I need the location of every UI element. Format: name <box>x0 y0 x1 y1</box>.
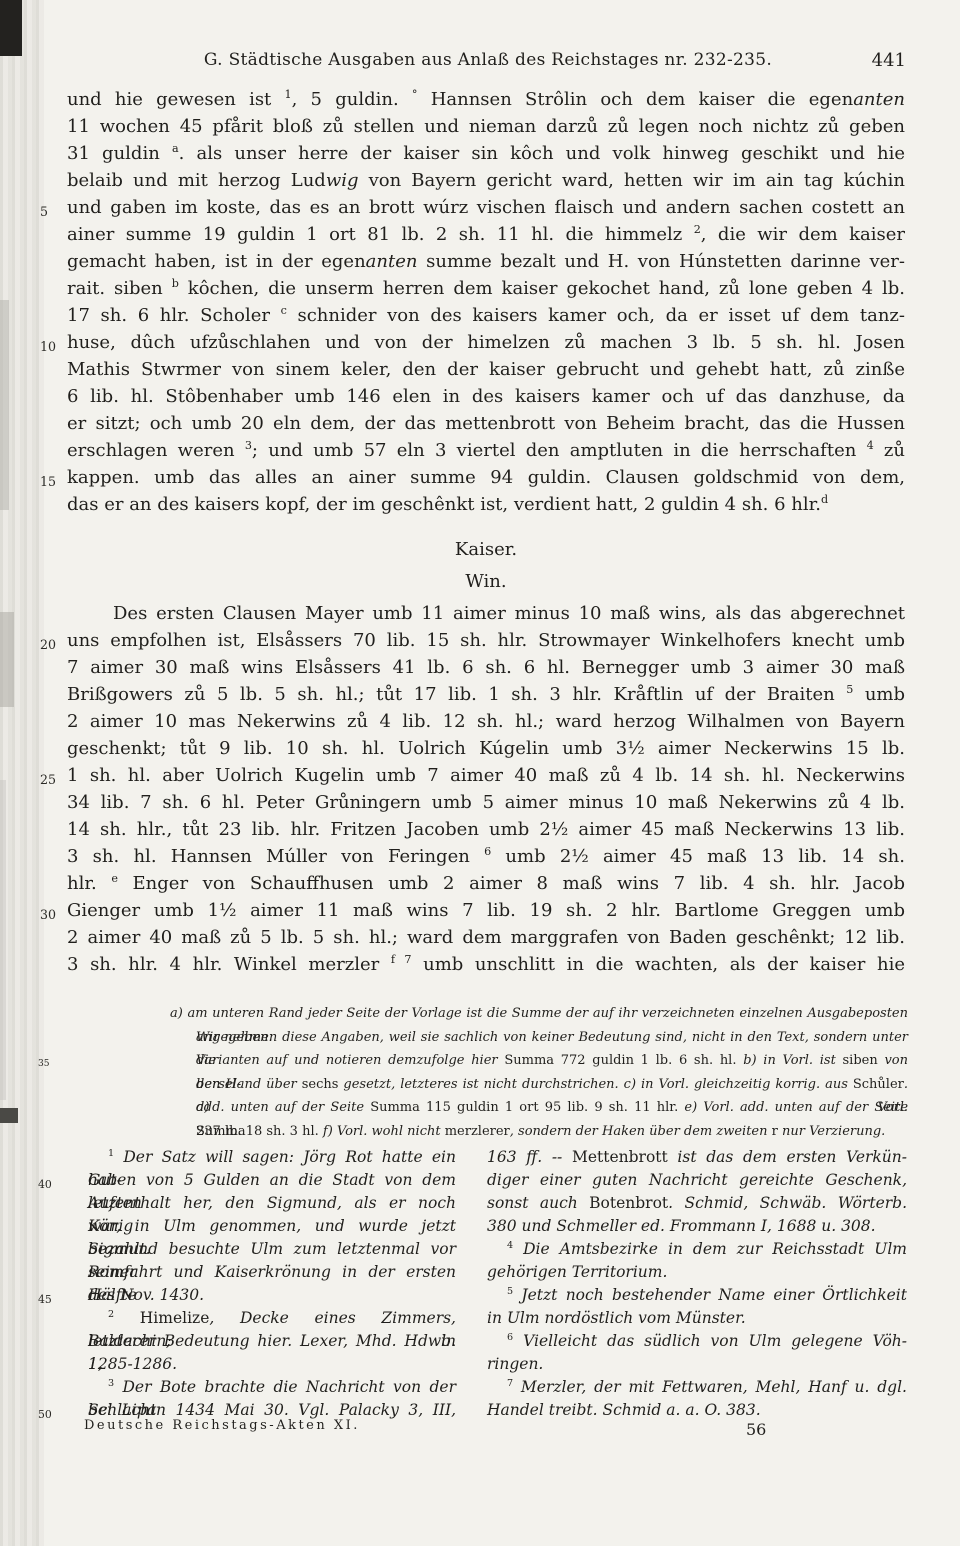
scan-dark-corner <box>0 0 22 56</box>
line-text: 6 Vielleicht das südlich von Ulm gelegen… <box>507 1332 907 1350</box>
footnotes-right-column: 163 ff. -- Mettenbrott ist das dem erste… <box>487 1146 907 1422</box>
line-text: bei Lipan 1434 Mai 30. Vgl. Palacky 3, I… <box>88 1401 456 1419</box>
line-text: gehörigen Territorium. <box>487 1263 667 1281</box>
text-line: 10huse, dûch ufzůschlahen und von der hi… <box>67 329 905 356</box>
text-line: 34 lib. 7 sh. 6 hl. Peter Grůningern umb… <box>67 789 905 816</box>
volume-signature: Deutsche Reichstags-Akten XI. <box>84 1418 360 1433</box>
text-line: geschenkt; tůt 9 lib. 10 sh. hl. Uolrich… <box>67 735 905 762</box>
line-text: belaib und mit herzog Ludwig von Bayern … <box>67 170 905 191</box>
line-text: 3 sh. hlr. 4 hlr. Winkel merzler f 7 umb… <box>67 954 905 975</box>
line-text: 31 guldin a. als unser herre der kaiser … <box>67 143 905 164</box>
text-line: diger einer guten Nachricht gereichte Ge… <box>487 1169 907 1192</box>
line-text: rait. siben b kôchen, die unserm herren … <box>67 278 905 299</box>
text-line: 30Gienger umb 1½ aimer 11 maß wins 7 lib… <box>67 897 905 924</box>
line-text: Brißgowers zů 5 lb. 5 sh. hl.; tůt 17 li… <box>67 684 905 705</box>
text-line: 31 guldin a. als unser herre der kaiser … <box>67 140 905 167</box>
text-line: 3 Der Bote brachte die Nachricht von der… <box>88 1376 456 1399</box>
line-text: des Nov. 1430. <box>88 1286 204 1304</box>
line-text: 380 und Schmeller ed. Frommann I, 1688 u… <box>487 1217 876 1235</box>
line-text: kappen. umb das alles an ainer summe 94 … <box>67 467 905 488</box>
text-line: belaib und mit herzog Ludwig von Bayern … <box>67 167 905 194</box>
line-text: 14 sh. hlr., tůt 23 lib. hlr. Fritzen Ja… <box>67 819 905 840</box>
section-heading-kaiser: Kaiser. <box>67 539 905 560</box>
text-line: und hie gewesen ist 1, 5 guldin. ° Hanns… <box>67 86 905 113</box>
line-text: huse, dûch ufzůschlahen und von der hime… <box>67 332 905 353</box>
text-line: 2 Himelize, Decke eines Zimmers, Baldach… <box>88 1307 456 1330</box>
text-line: 45des Nov. 1430. <box>88 1284 456 1307</box>
scan-smudge <box>0 612 14 707</box>
text-line: Wir nehmen diese Angaben, weil sie sachl… <box>196 1026 908 1050</box>
margin-line-number: 30 <box>40 901 56 928</box>
scan-smudge <box>0 1108 18 1123</box>
text-line: gehörigen Territorium. <box>487 1261 907 1284</box>
text-line: 7 aimer 30 maß wins Elsåssers 41 lb. 6 s… <box>67 654 905 681</box>
line-text: das er an des kaisers kopf, der im gesch… <box>67 494 828 515</box>
line-text: 163 ff. -- Mettenbrott ist das dem erste… <box>487 1148 907 1166</box>
text-line: 237 lb. 18 sh. 3 hl. f) Vorl. wohl nicht… <box>196 1120 908 1144</box>
text-line: 4 Die Amtsbezirke in dem zur Reichsstadt… <box>487 1238 907 1261</box>
footnotes-left-column: 1 Der Satz will sagen: Jörg Rot hatte ei… <box>88 1146 456 1422</box>
line-text: uns empfolhen ist, Elsåssers 70 lib. 15 … <box>67 630 905 651</box>
margin-line-number: 45 <box>38 1288 52 1311</box>
line-text: 34 lib. 7 sh. 6 hl. Peter Grůningern umb… <box>67 792 905 813</box>
line-text: 3 sh. hl. Hannsen Múller von Feringen 6 … <box>67 846 905 867</box>
text-line: 5 Jetzt noch bestehender Name einer Örtl… <box>487 1284 907 1307</box>
text-line: das er an des kaisers kopf, der im gesch… <box>67 491 905 518</box>
text-line: gemacht haben, ist in der egenanten summ… <box>67 248 905 275</box>
line-text: Handel treibt. Schmid a. a. O. 383. <box>487 1401 761 1419</box>
line-text: in Ulm nordöstlich vom Münster. <box>487 1309 746 1327</box>
text-line: 5und gaben im koste, das es an brott wúr… <box>67 194 905 221</box>
text-line: 6 Vielleicht das südlich von Ulm gelegen… <box>487 1330 907 1353</box>
line-text: Mathis Stwrmer von sinem keler, den der … <box>67 359 905 380</box>
text-line: 15kappen. umb das alles an ainer summe 9… <box>67 464 905 491</box>
text-line: er sitzt; och umb 20 eln dem, der das me… <box>67 410 905 437</box>
margin-line-number: 20 <box>40 631 56 658</box>
margin-line-number: 10 <box>40 333 56 360</box>
line-text: 5 Jetzt noch bestehender Name einer Örtl… <box>507 1286 907 1304</box>
scanned-book-page: G. Städtische Ausgaben aus Anlaß des Rei… <box>0 0 960 1546</box>
text-line: 7 Merzler, der mit Fettwaren, Mehl, Hanf… <box>487 1376 907 1399</box>
text-line: Sigmund besuchte Ulm zum letztenmal vor … <box>88 1238 456 1261</box>
text-line: ringen. <box>487 1353 907 1376</box>
critical-apparatus-block: a) am unteren Rand jeder Seite der Vorla… <box>196 1002 908 1143</box>
text-line: 17 sh. 6 hlr. Scholer c schnider von des… <box>67 302 905 329</box>
running-header-title: G. Städtische Ausgaben aus Anlaß des Rei… <box>70 50 906 70</box>
line-text: 4 Die Amtsbezirke in dem zur Reichsstadt… <box>507 1240 907 1258</box>
text-line: 3 sh. hlr. 4 hlr. Winkel merzler f 7 umb… <box>67 951 905 978</box>
line-text: 11 wochen 45 pfårit bloß zů stellen und … <box>67 116 905 137</box>
line-text: und hie gewesen ist 1, 5 guldin. ° Hanns… <box>67 89 905 110</box>
line-text: hlr. e Enger von Schauffhusen umb 2 aime… <box>67 873 905 894</box>
page-number: 441 <box>872 50 906 71</box>
text-line: ben Hand über sechs gesetzt, letzteres i… <box>196 1073 908 1097</box>
text-line: hlr. e Enger von Schauffhusen umb 2 aime… <box>67 870 905 897</box>
line-text: 237 lb. 18 sh. 3 hl. f) Vorl. wohl nicht… <box>196 1124 885 1139</box>
line-text: 2 aimer 40 maß zů 5 lb. 5 sh. hl.; ward … <box>67 927 905 948</box>
margin-line-number: 35 <box>38 1053 50 1077</box>
line-text: gemacht haben, ist in der egenanten summ… <box>67 251 905 272</box>
line-text: Gienger umb 1½ aimer 11 maß wins 7 lib. … <box>67 900 905 921</box>
text-line: Romfahrt und Kaiserkrönung in der ersten… <box>88 1261 456 1284</box>
margin-line-number: 50 <box>38 1403 52 1426</box>
margin-line-number: 5 <box>40 198 48 225</box>
line-text: ringen. <box>487 1355 543 1373</box>
text-line: Brißgowers zů 5 lb. 5 sh. hl.; tůt 17 li… <box>67 681 905 708</box>
main-text-block: und hie gewesen ist 1, 5 guldin. ° Hanns… <box>67 86 905 518</box>
line-text: und gaben im koste, das es an brott wúrz… <box>67 197 905 218</box>
text-line: 2 aimer 40 maß zů 5 lb. 5 sh. hl.; ward … <box>67 924 905 951</box>
text-line: erschlagen weren 3; und umb 57 eln 3 vie… <box>67 437 905 464</box>
text-line: war, in Ulm genommen, und wurde jetzt be… <box>88 1215 456 1238</box>
text-line: Des ersten Clausen Mayer umb 11 aimer mi… <box>67 600 905 627</box>
section-heading-win: Win. <box>67 571 905 592</box>
scan-gutter-edge <box>0 0 44 1546</box>
scan-smudge <box>0 300 9 510</box>
text-line: 251 sh. hl. aber Uolrich Kugelin umb 7 a… <box>67 762 905 789</box>
line-text: 6 lib. hl. Stôbenhaber umb 146 elen in d… <box>67 386 905 407</box>
line-text: 7 aimer 30 maß wins Elsåssers 41 lb. 6 s… <box>67 657 905 678</box>
line-text: erschlagen weren 3; und umb 57 eln 3 vie… <box>67 440 905 461</box>
text-line: 20uns empfolhen ist, Elsåssers 70 lib. 1… <box>67 627 905 654</box>
text-line: Mathis Stwrmer von sinem keler, den der … <box>67 356 905 383</box>
text-line: 40haben von 5 Gulden an die Stadt von de… <box>88 1169 456 1192</box>
text-line: 11 wochen 45 pfårit bloß zů stellen und … <box>67 113 905 140</box>
wine-entries-block: Des ersten Clausen Mayer umb 11 aimer mi… <box>67 600 905 978</box>
text-line: letzterer Bedeutung hier. Lexer, Mhd. Hd… <box>88 1330 456 1353</box>
line-text: 1285-1286. <box>88 1355 177 1373</box>
sheet-number: 56 <box>746 1420 766 1439</box>
text-line: Aufenthalt her, den Sigmund, als er noch… <box>88 1192 456 1215</box>
text-line: a) am unteren Rand jeder Seite der Vorla… <box>196 1002 908 1026</box>
line-text: 2 aimer 10 mas Nekerwins zů 4 lib. 12 sh… <box>67 711 905 732</box>
text-line: 14 sh. hlr., tůt 23 lib. hlr. Fritzen Ja… <box>67 816 905 843</box>
line-text: er sitzt; och umb 20 eln dem, der das me… <box>67 413 905 434</box>
text-line: 380 und Schmeller ed. Frommann I, 1688 u… <box>487 1215 907 1238</box>
text-line: ainer summe 19 guldin 1 ort 81 lb. 2 sh.… <box>67 221 905 248</box>
line-text: ainer summe 19 guldin 1 ort 81 lb. 2 sh.… <box>67 224 905 245</box>
line-text: Des ersten Clausen Mayer umb 11 aimer mi… <box>113 603 905 624</box>
text-line: 6 lib. hl. Stôbenhaber umb 146 elen in d… <box>67 383 905 410</box>
text-line: 2 aimer 10 mas Nekerwins zů 4 lib. 12 sh… <box>67 708 905 735</box>
text-line: 1 Der Satz will sagen: Jörg Rot hatte ei… <box>88 1146 456 1169</box>
line-text: diger einer guten Nachricht gereichte Ge… <box>487 1171 907 1189</box>
line-text: 7 Merzler, der mit Fettwaren, Mehl, Hanf… <box>507 1378 907 1396</box>
text-line: rait. siben b kôchen, die unserm herren … <box>67 275 905 302</box>
running-header: G. Städtische Ausgaben aus Anlaß des Rei… <box>70 50 906 76</box>
margin-line-number: 15 <box>40 468 56 495</box>
text-line: 1285-1286. <box>88 1353 456 1376</box>
margin-line-number: 40 <box>38 1173 52 1196</box>
text-line: in Ulm nordöstlich vom Münster. <box>487 1307 907 1330</box>
text-line: add. unten auf der Seite Summa 115 guldi… <box>196 1096 908 1120</box>
text-line: 3 sh. hl. Hannsen Múller von Feringen 6 … <box>67 843 905 870</box>
scan-smudge <box>0 780 6 1100</box>
text-line: 35Varianten auf und notieren demzufolge … <box>196 1049 908 1073</box>
line-text: 1 sh. hl. aber Uolrich Kugelin umb 7 aim… <box>67 765 905 786</box>
line-text: sonst auch Botenbrot. Schmid, Schwäb. Wö… <box>487 1194 907 1212</box>
text-line: Handel treibt. Schmid a. a. O. 383. <box>487 1399 907 1422</box>
text-line: sonst auch Botenbrot. Schmid, Schwäb. Wö… <box>487 1192 907 1215</box>
text-line: 163 ff. -- Mettenbrott ist das dem erste… <box>487 1146 907 1169</box>
line-text: 17 sh. 6 hlr. Scholer c schnider von des… <box>67 305 905 326</box>
line-text: geschenkt; tůt 9 lib. 10 sh. hl. Uolrich… <box>67 738 905 759</box>
margin-line-number: 25 <box>40 766 56 793</box>
